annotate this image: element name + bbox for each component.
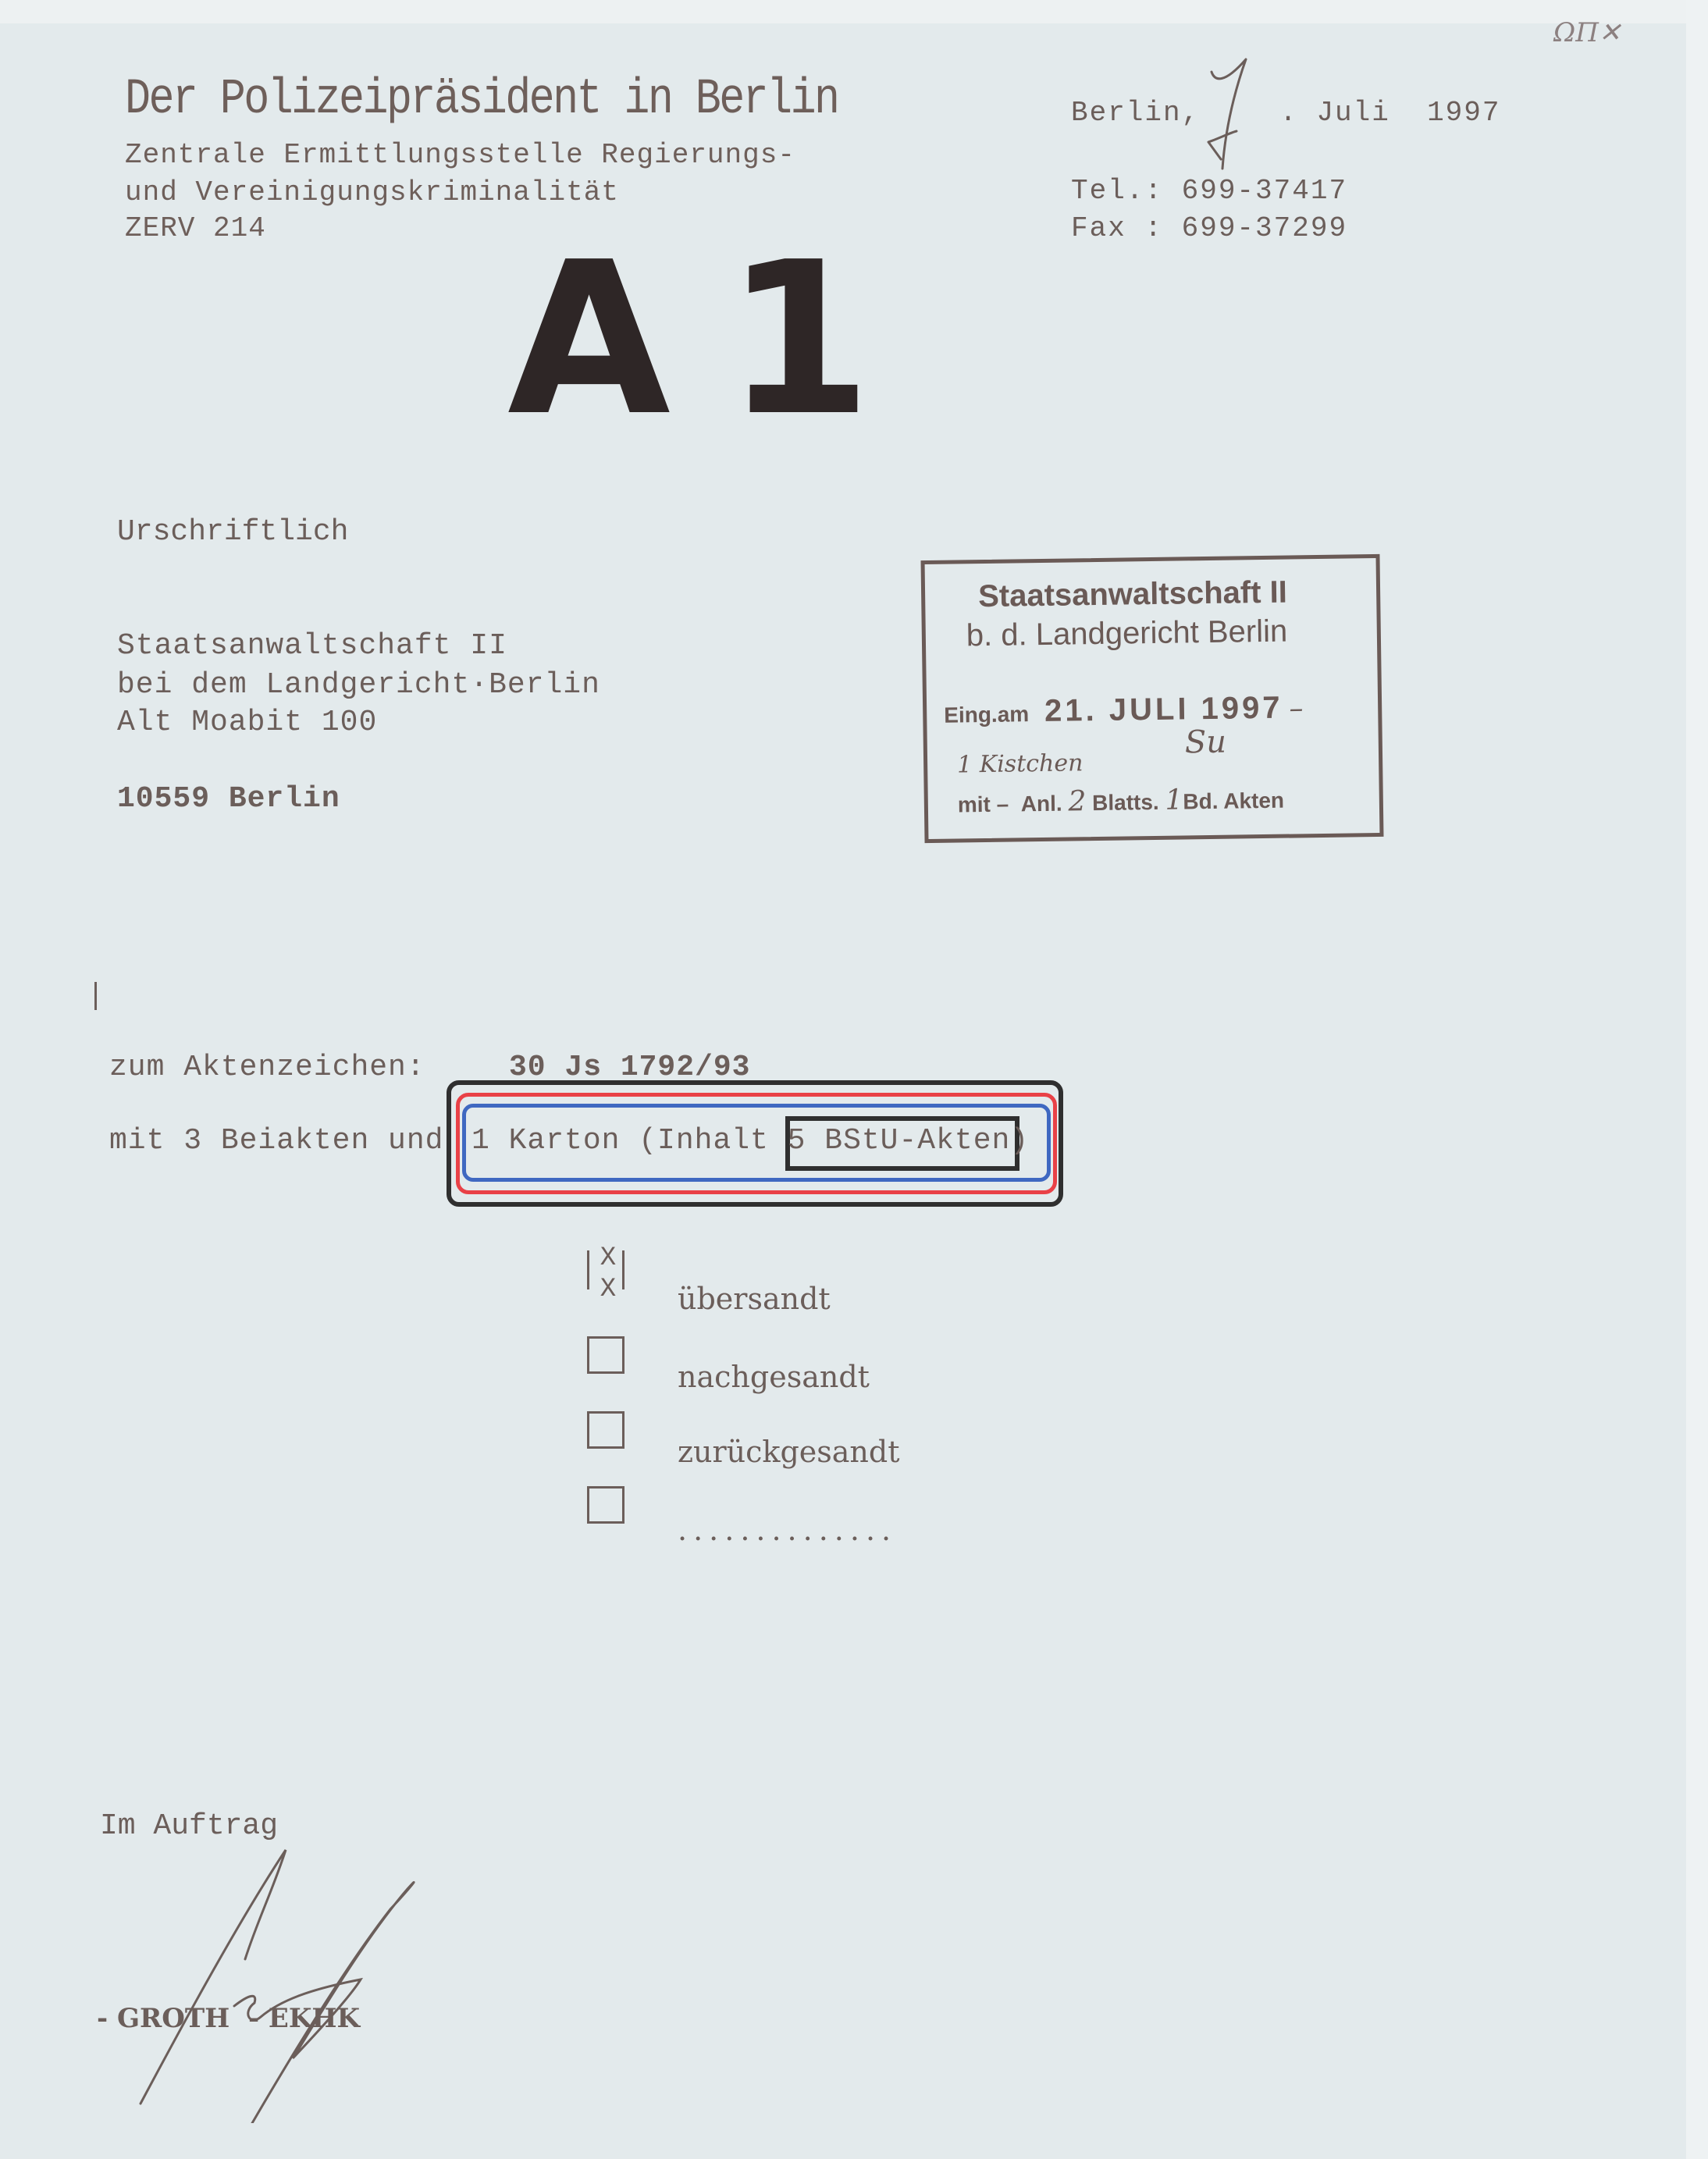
telephone: Tel.: 699-37417 — [1071, 175, 1347, 207]
recipient-name: Staatsanwaltschaft II — [117, 629, 507, 663]
org-department-line-1: Zentrale Ermittlungsstelle Regierungs- — [125, 139, 795, 171]
option-label-dots: .............. — [678, 1513, 897, 1547]
scan-top-edge — [0, 0, 1708, 23]
stamp-handwritten-note: 1 Kistchen — [957, 749, 1084, 778]
handwritten-signature — [117, 1842, 445, 2123]
stamp-received: Eing.am21. JULI 1997 – — [944, 690, 1304, 730]
stamp-volumes-label: Bd. Akten — [1183, 788, 1284, 814]
stamp-received-label: Eing.am — [944, 702, 1029, 727]
stamp-attachments-label: Anl. — [1021, 791, 1062, 816]
stamp-volumes-value: 1 — [1165, 784, 1183, 816]
stamp-handwritten-initials: Su — [1184, 724, 1226, 761]
org-unit-code: ZERV 214 — [125, 212, 266, 244]
stamp-attachments-value: 2 — [1068, 785, 1086, 817]
delivery-note: Urschriftlich — [117, 515, 348, 549]
scan-right-edge — [1686, 0, 1708, 2159]
org-department-line-2: und Vereinigungskriminalität — [125, 176, 619, 208]
place-date: Berlin,. Juli 1997 — [1071, 97, 1500, 129]
stamp-enclosures: mit – Anl. 2 Blatts. 1Bd. Akten — [958, 783, 1285, 820]
file-marker-a1: A1 — [507, 234, 927, 445]
margin-mark — [94, 982, 97, 1010]
checkbox-checked[interactable]: XX — [587, 1243, 629, 1305]
stamp-received-dash: – — [1289, 692, 1304, 724]
option-label: nachgesandt — [678, 1360, 870, 1394]
enclosures-highlighted: 1 Karton (Inhalt 5 BStU-Akten) — [471, 1124, 1029, 1158]
handwritten-day-seven — [1201, 55, 1255, 172]
option-label: übersandt — [678, 1282, 831, 1316]
org-title: Der Polizeipräsident in Berlin — [125, 72, 838, 128]
handwritten-corner-note: ΩΠ✕ — [1553, 17, 1621, 48]
stamp-subtitle: b. d. Landgericht Berlin — [966, 614, 1288, 654]
checkbox-empty[interactable] — [587, 1411, 624, 1449]
stamp-with-label: mit – — [958, 792, 1009, 817]
place: Berlin, — [1071, 97, 1200, 129]
checkbox-empty[interactable] — [587, 1486, 624, 1524]
recipient-court: bei dem Landgericht·Berlin — [117, 668, 600, 702]
recipient-city: 10559 Berlin — [117, 782, 340, 816]
recipient-street: Alt Moabit 100 — [117, 706, 377, 739]
enclosures-prefix: mit 3 Beiakten und — [109, 1124, 443, 1158]
reference-label: zum Aktenzeichen: — [109, 1051, 425, 1084]
checkbox-empty[interactable] — [587, 1336, 624, 1374]
reference-number: 30 Js 1792/93 — [509, 1051, 750, 1084]
stamp-received-date: 21. JULI 1997 — [1044, 691, 1283, 728]
signature-label: Im Auftrag — [100, 1809, 278, 1843]
stamp-title: Staatsanwaltschaft II — [978, 575, 1287, 615]
stamp-sheets-label: Blatts. — [1092, 790, 1159, 815]
date-rest: . Juli 1997 — [1279, 97, 1500, 129]
option-label: zurückgesandt — [678, 1435, 899, 1469]
fax: Fax : 699-37299 — [1071, 212, 1347, 244]
receipt-stamp: Staatsanwaltschaft II b. d. Landgericht … — [921, 554, 1384, 843]
